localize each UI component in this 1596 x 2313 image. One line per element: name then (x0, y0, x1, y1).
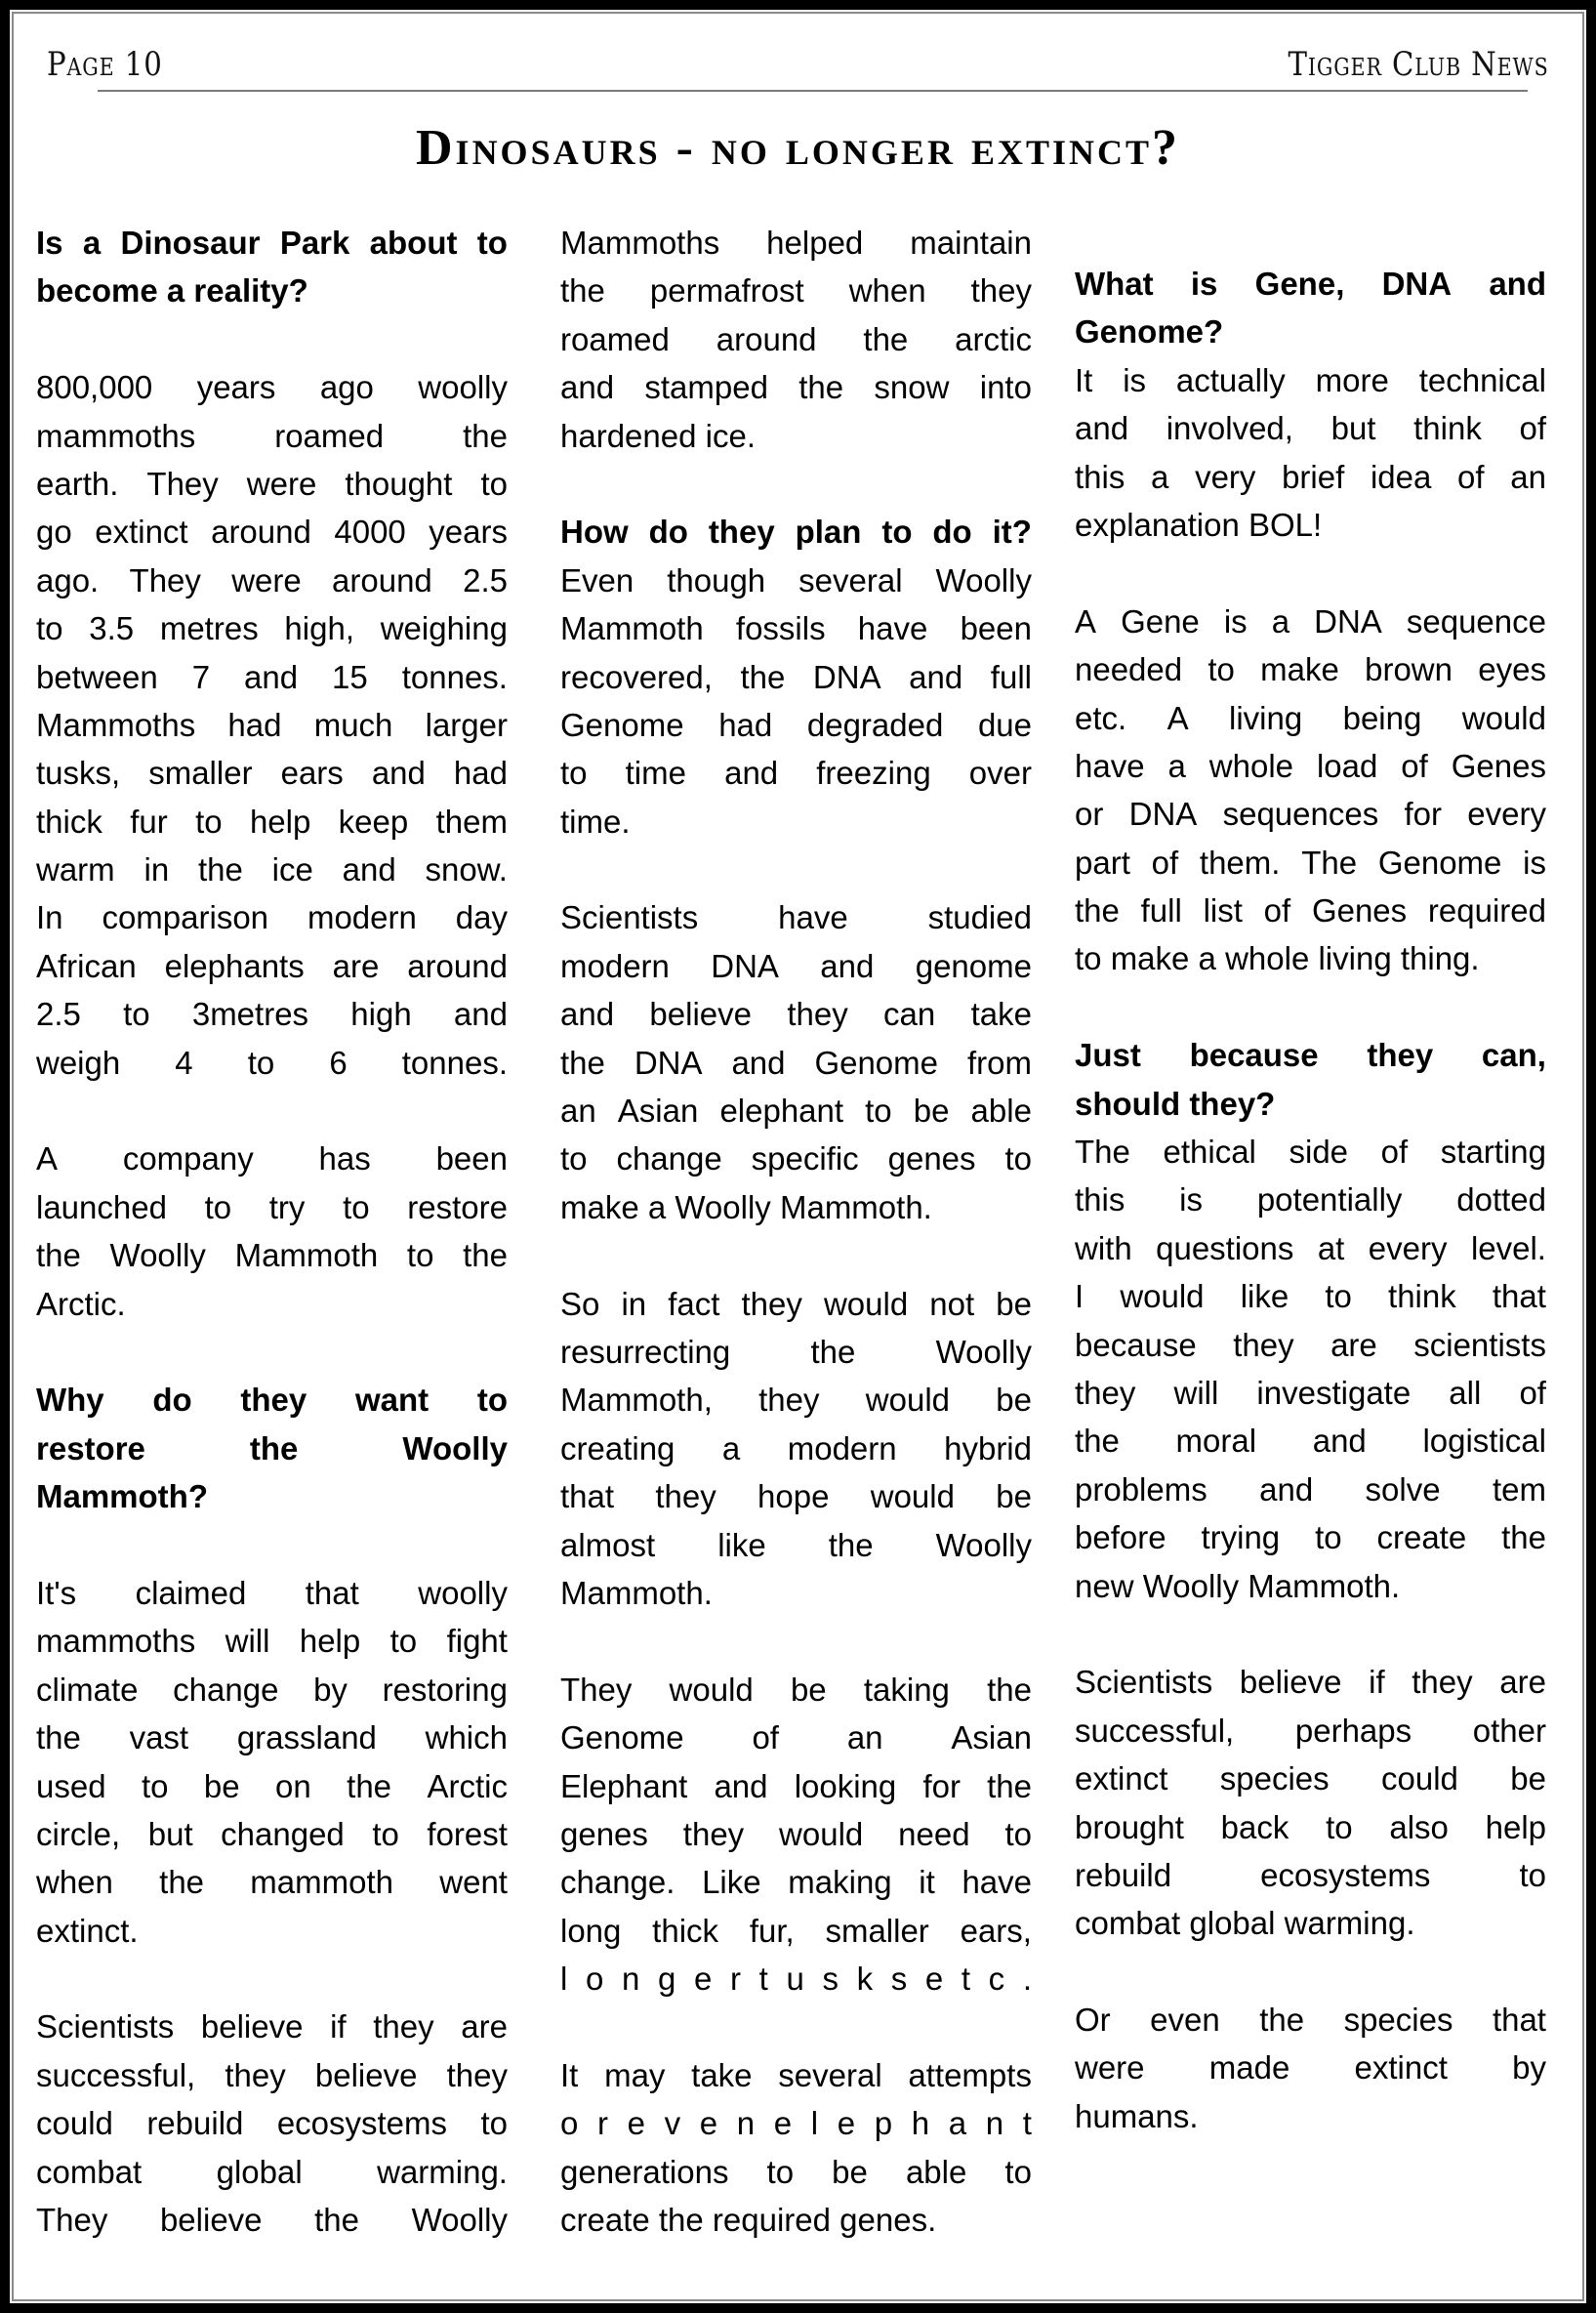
word: would (1120, 1272, 1204, 1320)
word: be (914, 1087, 950, 1135)
word: the (463, 1231, 508, 1279)
body-text-line: TheybelievetheWoolly (36, 2196, 508, 2244)
word: that (560, 1472, 614, 1520)
word: full (991, 653, 1032, 701)
word: genes (560, 1810, 648, 1858)
word: to (881, 508, 912, 556)
body-text-line: themoralandlogistical (1075, 1417, 1546, 1465)
word: would (866, 1376, 950, 1424)
word: DNA (1382, 260, 1453, 308)
word: be (996, 1376, 1032, 1424)
word: launched (36, 1183, 167, 1231)
word: the (1075, 887, 1120, 934)
word: looking (795, 1762, 897, 1810)
word: do (152, 1376, 191, 1424)
word: every (1369, 1224, 1448, 1272)
word: the (798, 363, 843, 411)
section-heading-line: Whydotheywantto (36, 1376, 508, 1424)
paragraph-spacer (560, 460, 1032, 508)
word: keep (339, 798, 409, 846)
body-text-line: climatechangebyrestoring (36, 1666, 508, 1714)
body-text-line: andinvolved,butthinkof (1075, 404, 1546, 452)
word: to (36, 604, 63, 652)
word: species (1220, 1755, 1330, 1802)
word: and (1075, 404, 1128, 452)
word: be (1510, 1755, 1546, 1802)
word: Elephant (560, 1762, 687, 1810)
word: I (1075, 1272, 1084, 1320)
body-text-line: beforetryingtocreatethe (1075, 1513, 1546, 1561)
word: Genes (1452, 742, 1546, 790)
word: combat (36, 2148, 142, 2196)
word: to (480, 460, 508, 508)
word: e (694, 1955, 712, 2003)
word: like (717, 1521, 766, 1569)
body-text-line: AGeneisaDNAsequence (1075, 598, 1546, 645)
word: and (560, 990, 614, 1038)
word: much (314, 701, 393, 749)
word: with (1075, 1224, 1132, 1272)
word: Genome (560, 701, 684, 749)
body-text-line: Mammothfossilshavebeen (560, 604, 1032, 652)
word: they (373, 2003, 433, 2050)
word: can (883, 990, 935, 1038)
word: and (714, 1762, 767, 1810)
body-text-line: orevenelephant (560, 2099, 1032, 2147)
word: a (949, 2099, 966, 2147)
word: part (1075, 839, 1130, 887)
word: they (683, 1810, 744, 1858)
word: A (36, 1135, 58, 1182)
body-text-line: longthickfur,smallerears, (560, 1907, 1032, 1955)
body-text-line: GenomeofanAsian (560, 1714, 1032, 1761)
word: woolly (418, 363, 508, 411)
body-text-line: combatglobalwarming. (36, 2148, 508, 2196)
word: snow (874, 363, 949, 411)
word: that (1493, 1272, 1546, 1320)
word: would (871, 1472, 955, 1520)
word: restoring (383, 1666, 508, 1714)
word: it? (993, 508, 1032, 556)
word: resurrecting (560, 1328, 730, 1376)
word: . (1023, 1955, 1032, 2003)
body-text-line: thickfurtohelpkeepthem (36, 798, 508, 846)
word: will (1173, 1369, 1218, 1417)
word: ears, (961, 1907, 1032, 1955)
word: DNA (1129, 790, 1198, 838)
word: recovered, (560, 653, 713, 701)
word: the (36, 1714, 81, 1761)
publication-name: Tigger Club News (1289, 45, 1549, 84)
body-text-line: It'sclaimedthatwoolly (36, 1569, 508, 1617)
word: climate (36, 1666, 139, 1714)
word: investigate (1256, 1369, 1411, 1417)
word: high, (284, 604, 354, 652)
word: v (665, 2099, 681, 2147)
word: potentially (1257, 1176, 1403, 1223)
body-text-line: Acompanyhasbeen (36, 1135, 508, 1182)
word: degraded (807, 701, 943, 749)
word: etc. (1075, 694, 1126, 742)
word: on (275, 1762, 311, 1810)
section-heading-line: Howdotheyplantodoit? (560, 508, 1032, 556)
word: They (560, 1666, 632, 1714)
body-text-line: 800,000yearsagowoolly (36, 363, 508, 411)
word: a (722, 1425, 740, 1472)
word: to (195, 798, 223, 846)
body-text-line: explanation BOL! (1075, 501, 1546, 549)
word: Why (36, 1376, 104, 1424)
word: believe (315, 2051, 418, 2099)
body-text-line: whenthemammothwent (36, 1858, 508, 1906)
word: could (36, 2099, 113, 2147)
body-text-line: create the required genes. (560, 2196, 1032, 2244)
word: t (962, 1955, 970, 2003)
word: and (244, 653, 298, 701)
word: They (130, 557, 201, 604)
word: metres (160, 604, 259, 652)
word: o (560, 2099, 578, 2147)
paragraph-spacer (1075, 983, 1546, 1031)
paragraph-spacer (36, 1955, 508, 2003)
word: hope (757, 1472, 829, 1520)
body-text-line: mammothswillhelptofight (36, 1617, 508, 1665)
word: It (560, 2051, 578, 2099)
paragraph-spacer (36, 1328, 508, 1376)
paragraph-spacer (560, 1231, 1032, 1279)
word: that (306, 1569, 359, 1617)
word: ecosystems (1260, 1851, 1430, 1899)
body-text-line: broughtbacktoalsohelp (1075, 1803, 1546, 1851)
word: to (1004, 2148, 1032, 2196)
word: take (691, 2051, 752, 2099)
body-text-line: hardened ice. (560, 412, 1032, 460)
word: rebuild (1075, 1851, 1171, 1899)
word: they (447, 2051, 508, 2099)
word: What (1075, 260, 1154, 308)
word: species (1344, 1996, 1453, 2044)
body-text-line: Mammothshelpedmaintain (560, 219, 1032, 267)
word: DNA (1314, 598, 1382, 645)
word: elephants (165, 942, 305, 990)
word: c (989, 1955, 1005, 2003)
word: whole (1209, 742, 1293, 790)
word: scientists (1413, 1321, 1546, 1369)
word: have (1075, 742, 1145, 790)
word: ago (320, 363, 374, 411)
word: around (716, 315, 817, 363)
word: to (865, 1087, 892, 1135)
word: in (621, 1280, 646, 1328)
word: to (1325, 1272, 1352, 1320)
word: sequences (1223, 790, 1379, 838)
word: make (1260, 645, 1339, 693)
word: 2.5 (36, 990, 81, 1038)
word: tusks, (36, 749, 120, 797)
word: l (560, 1955, 567, 2003)
body-text-line: ago.Theywerearound2.5 (36, 557, 508, 604)
article-column-1: IsaDinosaurParkabouttobecome a reality?8… (36, 219, 508, 2244)
word: of (1381, 1128, 1409, 1176)
word: they (1412, 1658, 1472, 1706)
body-text-line: generationstobeableto (560, 2148, 1032, 2196)
word: modern (560, 942, 670, 990)
word: and (1313, 1417, 1367, 1465)
word: is (1224, 598, 1248, 645)
word: all (1449, 1369, 1481, 1417)
word: elephant (719, 1087, 843, 1135)
word: changed (221, 1810, 345, 1858)
body-text-line: between7and15tonnes. (36, 653, 508, 701)
word: 4000 (334, 508, 405, 556)
word: Just (1075, 1031, 1141, 1079)
word: the (560, 267, 605, 314)
word: time (626, 749, 686, 797)
word: and (1489, 260, 1546, 308)
word: r (597, 2099, 608, 2147)
word: an (560, 1087, 596, 1135)
word: and (820, 942, 874, 990)
word: 15 (332, 653, 368, 701)
word: permafrost (650, 267, 804, 314)
word: Mammoth (560, 604, 704, 652)
word: to (480, 2099, 508, 2147)
word: ago. (36, 557, 99, 604)
word: to (1004, 1135, 1032, 1182)
word: able (971, 1087, 1032, 1135)
word: are (333, 942, 380, 990)
word: have (778, 893, 848, 941)
word: 4 (175, 1039, 192, 1087)
word: solve (1366, 1466, 1441, 1513)
word: larger (426, 701, 508, 749)
word: because (1075, 1321, 1197, 1369)
word: Or (1075, 1996, 1111, 2044)
word: living (1229, 694, 1302, 742)
body-text-line: Itisactuallymoretechnical (1075, 356, 1546, 404)
word: from (967, 1039, 1032, 1087)
word: logistical (1422, 1417, 1546, 1465)
word: to (477, 219, 508, 267)
word: it (919, 1858, 935, 1906)
word: comparison (102, 893, 268, 941)
word: and (343, 846, 396, 893)
word: to (1326, 1803, 1353, 1851)
word: and (560, 363, 614, 411)
word: roamed (560, 315, 670, 363)
word: they (971, 267, 1032, 314)
word: restore (407, 1183, 508, 1231)
paragraph-spacer (36, 1521, 508, 1569)
body-text-line: thisispotentiallydotted (1075, 1176, 1546, 1223)
word: perhaps (1295, 1707, 1412, 1755)
word: not (929, 1280, 974, 1328)
body-text-line: theywillinvestigateallof (1075, 1369, 1546, 1417)
word: Scientists (1075, 1658, 1212, 1706)
article-title: Dinosaurs - no longer extinct? (10, 119, 1586, 178)
body-text-line: goextinctaround4000years (36, 508, 508, 556)
body-text-line: etc.Alivingbeingwould (1075, 694, 1546, 742)
word: for (922, 1762, 961, 1810)
word: arctic (955, 315, 1032, 363)
word: to (477, 1376, 508, 1424)
word: fossils (736, 604, 826, 652)
word: but (1331, 404, 1376, 452)
word: is (1191, 260, 1218, 308)
section-heading-line: restoretheWoolly (36, 1425, 508, 1472)
word: list (1204, 887, 1243, 934)
word: they (655, 1472, 716, 1520)
word: years (429, 508, 508, 556)
word: is (1123, 356, 1146, 404)
word: Dinosaur (120, 219, 260, 267)
word: freezing (816, 749, 930, 797)
word: starting (1441, 1128, 1546, 1176)
word: warming. (377, 2148, 508, 2196)
word: Gene (1121, 598, 1200, 645)
body-text-line: usedtobeontheArctic (36, 1762, 508, 1810)
body-text-line: resurrectingtheWoolly (560, 1328, 1032, 1376)
body-text-line: combat global warming. (1075, 1899, 1546, 1947)
word: r (730, 1955, 741, 2003)
word: e (774, 2099, 792, 2147)
word: for (1405, 790, 1443, 838)
word: moral (1176, 1417, 1257, 1465)
section-heading-line: IsaDinosaurParkaboutto (36, 219, 508, 267)
word: be (832, 2148, 868, 2196)
body-text-line: humans. (1075, 2092, 1546, 2140)
word: to (390, 1617, 418, 1665)
word: maintain (910, 219, 1032, 267)
word: due (978, 701, 1032, 749)
body-text-line: mammothsroamedthe (36, 412, 508, 460)
word: of (1264, 887, 1291, 934)
word: they (1075, 1369, 1135, 1417)
word: 800,000 (36, 363, 152, 411)
word: over (969, 749, 1032, 797)
word: the (314, 2196, 359, 2244)
word: believe (649, 990, 752, 1038)
body-text-line: problemsandsolvetem (1075, 1466, 1546, 1513)
word: How (560, 508, 629, 556)
word: forest (427, 1810, 508, 1858)
body-text-line: circle,butchangedtoforest (36, 1810, 508, 1858)
word: They (146, 460, 218, 508)
body-text-line: warmintheiceandsnow. (36, 846, 508, 893)
word: brief (1282, 453, 1344, 501)
word: extinct (1075, 1755, 1167, 1802)
header-divider (98, 90, 1528, 92)
word: the (987, 1762, 1032, 1810)
word: if (330, 2003, 347, 2050)
word: Arctic (427, 1762, 508, 1810)
word: fur, (750, 1907, 795, 1955)
word: DNA (813, 653, 881, 701)
word: s (822, 1955, 839, 2003)
word: involved, (1166, 404, 1293, 452)
body-text-line: change.Likemakingithave (560, 1858, 1032, 1906)
paragraph-spacer (560, 1617, 1032, 1665)
word: has (319, 1135, 371, 1182)
word: them. (1200, 839, 1281, 887)
word: smaller (825, 1907, 928, 1955)
body-text-line: andstampedthesnowinto (560, 363, 1032, 411)
word: and (372, 749, 426, 797)
word: level. (1471, 1224, 1546, 1272)
word: into (980, 363, 1032, 411)
word: had (227, 701, 281, 749)
section-heading-line: Justbecausetheycan, (1075, 1031, 1546, 1079)
word: A (1075, 598, 1096, 645)
word: 3.5 (89, 604, 134, 652)
body-text-line: new Woolly Mammoth. (1075, 1562, 1546, 1610)
word: they (742, 1280, 802, 1328)
body-text-line: genestheywouldneedto (560, 1810, 1032, 1858)
word: they (758, 1376, 819, 1424)
body-text-line: creatingamodernhybrid (560, 1425, 1032, 1472)
word: e (925, 1955, 943, 2003)
paragraph-spacer (36, 315, 508, 363)
word: t (1023, 2099, 1032, 2147)
word: tem (1493, 1466, 1546, 1513)
word: weighing (381, 604, 508, 652)
word: need (898, 1810, 969, 1858)
word: 2.5 (463, 557, 508, 604)
body-text-line: weremadeextinctby (1075, 2044, 1546, 2091)
word: able (906, 2148, 966, 2196)
body-text-line: neededtomakebrowneyes (1075, 645, 1546, 693)
word: o (586, 1955, 603, 2003)
body-text-line: to make a whole living thing. (1075, 934, 1546, 982)
body-text-line: launchedtotrytorestore (36, 1183, 508, 1231)
word: Asian (951, 1714, 1032, 1761)
word: to (1207, 645, 1235, 693)
word: the (829, 1521, 874, 1569)
word: were (247, 460, 317, 508)
word: though (667, 557, 765, 604)
word: when (36, 1858, 113, 1906)
word: mammoths (36, 412, 195, 460)
body-text-line: rebuildecosystemsto (1075, 1851, 1546, 1899)
body-text-line: Mammoth,theywouldbe (560, 1376, 1032, 1424)
word: taking (864, 1666, 950, 1714)
word: could (1381, 1755, 1458, 1802)
body-text-line: Elephantandlookingforthe (560, 1762, 1032, 1810)
word: believe (160, 2196, 263, 2244)
word: more (1316, 356, 1389, 404)
word: are (1330, 1321, 1377, 1369)
word: smaller (148, 749, 252, 797)
word: load (1317, 742, 1377, 790)
word: change (616, 1135, 721, 1182)
word: believe (201, 2003, 304, 2050)
word: They (36, 2196, 107, 2244)
word: would (824, 1280, 908, 1328)
word: by (313, 1666, 348, 1714)
word: u (786, 1955, 803, 2003)
body-text-line: extinct. (36, 1907, 508, 1955)
word: genome (916, 942, 1032, 990)
newsletter-page: Page 10 Tigger Club News Dinosaurs - no … (10, 10, 1586, 2303)
word: Mammoth, (560, 1376, 713, 1424)
body-text-line: tusks,smallerearsandhad (36, 749, 508, 797)
word: of (1401, 742, 1428, 790)
paragraph-spacer (1075, 1948, 1546, 1996)
body-text-line: withquestionsateverylevel. (1075, 1224, 1546, 1272)
word: ears (281, 749, 344, 797)
word: Woolly (936, 1521, 1032, 1569)
section-heading-line: Mammoth? (36, 1472, 508, 1520)
